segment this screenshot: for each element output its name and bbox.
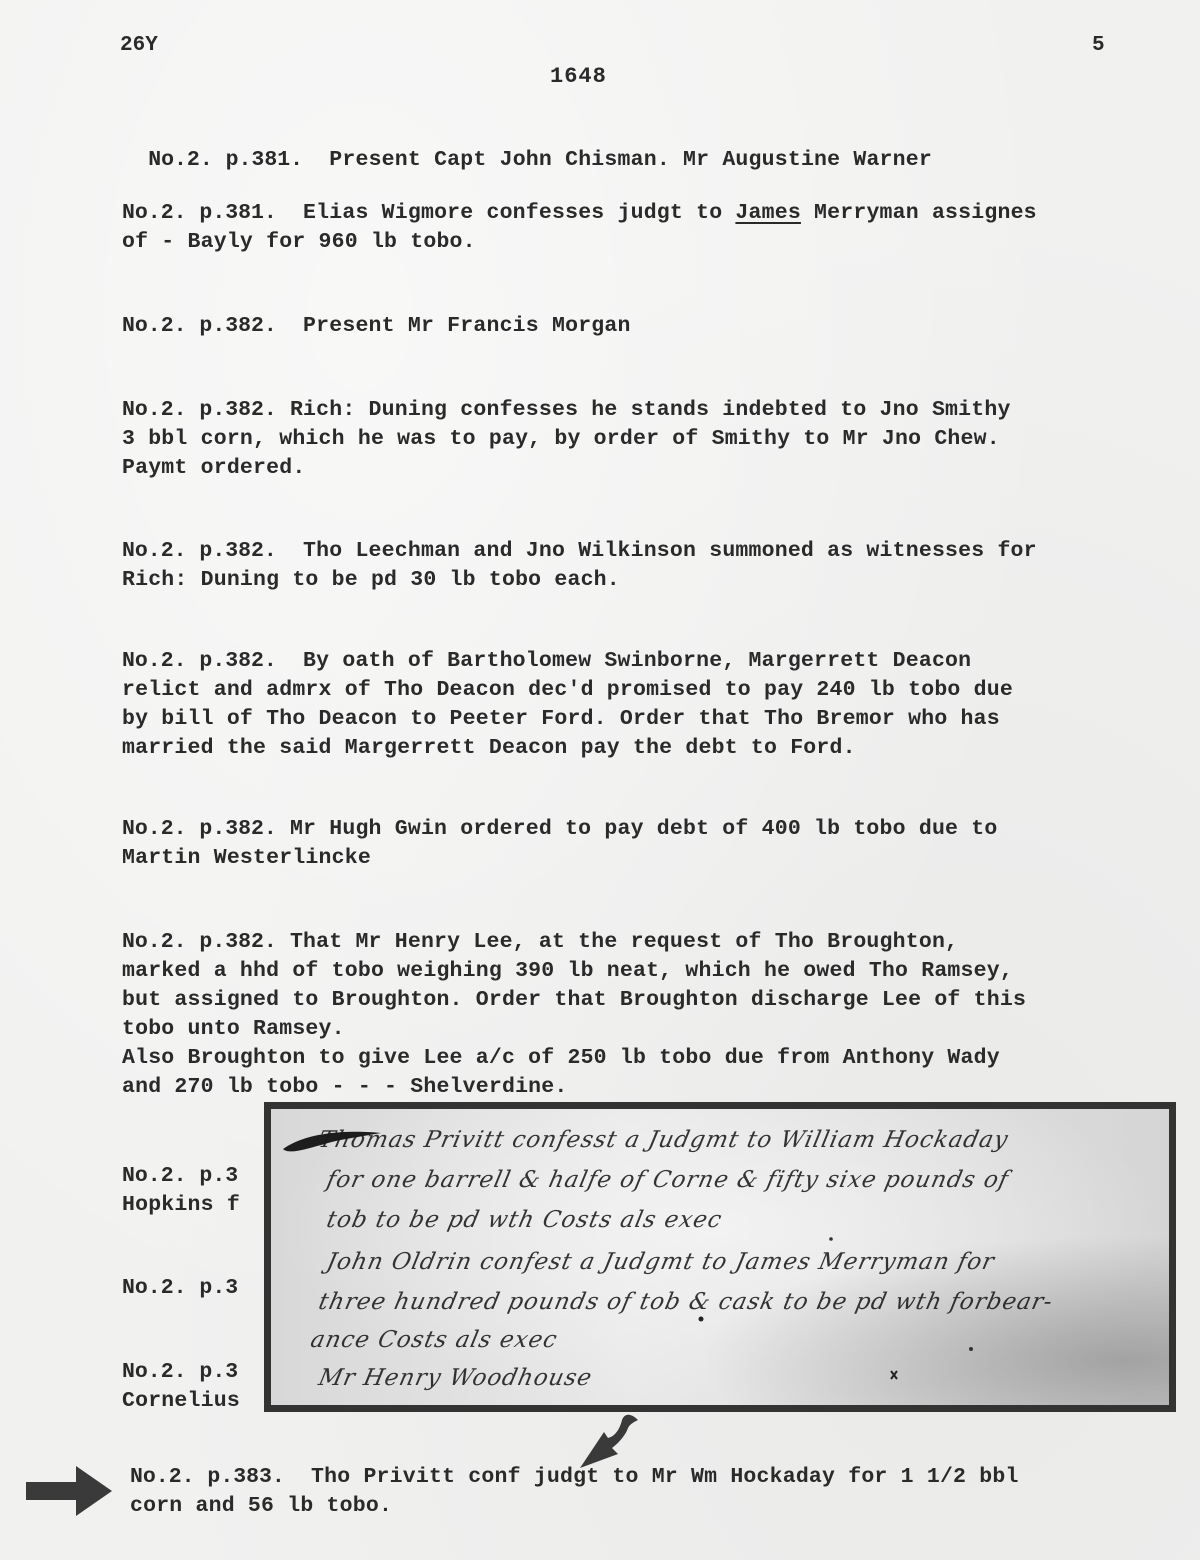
record-entry: No.2. p.382. Tho Leechman and Jno Wilkin… bbox=[122, 537, 1172, 595]
manuscript-line: for one barrell & halfe of Corne & fifty… bbox=[324, 1167, 1170, 1193]
entry-text: 3 bbl corn, which he was to pay, by orde… bbox=[122, 427, 1000, 451]
manuscript-line: ance Costs als exec bbox=[308, 1327, 1154, 1353]
manuscript-inset-image: Thomas Privitt confesst a Judgmt to Will… bbox=[264, 1102, 1176, 1412]
manuscript-line: tob to be pd wth Costs als exec bbox=[324, 1207, 1170, 1233]
year-heading: 1648 bbox=[550, 64, 607, 89]
entry-text: Mr Hugh Gwin ordered to pay debt of 400 … bbox=[290, 817, 998, 841]
record-entry: No.2. p.382. Present Mr Francis Morgan bbox=[122, 312, 1172, 341]
entry-reference: No.2. p.382. bbox=[122, 314, 277, 338]
record-entry: No.2. p.381. Present Capt John Chisman. … bbox=[122, 117, 1172, 175]
entry-text: Tho Leechman and Jno Wilkinson summoned … bbox=[303, 539, 1037, 563]
manuscript-line: John Oldrin confest a Judgmt to James Me… bbox=[324, 1249, 1170, 1275]
record-entry: No.2. p.382. Mr Hugh Gwin ordered to pay… bbox=[122, 815, 1172, 873]
entry-text: Elias Wigmore confesses judgt to bbox=[303, 201, 735, 225]
page-number: 5 bbox=[1092, 34, 1105, 57]
record-entry-highlighted: No.2. p.383. Tho Privitt conf judgt to M… bbox=[130, 1463, 1180, 1521]
entry-text: Paymt ordered. bbox=[122, 456, 305, 480]
entry-text: Also Broughton to give Lee a/c of 250 lb… bbox=[122, 1046, 1000, 1070]
entry-text: by bill of Tho Deacon to Peeter Ford. Or… bbox=[122, 707, 1000, 731]
entry-text: Present Capt John Chisman. Mr Augustine … bbox=[329, 148, 932, 172]
entry-text: marked a hhd of tobo weighing 390 lb nea… bbox=[122, 959, 1013, 983]
entry-reference: No.2. p.382. bbox=[122, 930, 277, 954]
record-entry: No.2. p.381. Elias Wigmore confesses jud… bbox=[122, 199, 1172, 257]
entry-reference: No.2. p.382. bbox=[122, 398, 277, 422]
entry-text: Rich: Duning to be pd 30 lb tobo each. bbox=[122, 568, 620, 592]
entry-text: Hopkins f bbox=[122, 1193, 240, 1217]
entry-text: Present Mr Francis Morgan bbox=[303, 314, 631, 338]
entry-text: Tho Privitt conf judgt to Mr Wm Hockaday… bbox=[311, 1465, 1019, 1489]
entry-text: and 270 lb tobo - - - Shelverdine. bbox=[122, 1075, 567, 1099]
record-entry: No.2. p.382. By oath of Bartholomew Swin… bbox=[122, 647, 1172, 763]
entry-reference: No.2. p.3 bbox=[122, 1276, 238, 1300]
entry-reference: No.2. p.381. bbox=[122, 201, 277, 225]
record-entry: No.2. p.382. That Mr Henry Lee, at the r… bbox=[122, 928, 1172, 1102]
entry-text: relict and admrx of Tho Deacon dec'd pro… bbox=[122, 678, 1013, 702]
entry-text: Rich: Duning confesses he stands indebte… bbox=[290, 398, 1011, 422]
right-arrow-icon bbox=[26, 1466, 112, 1516]
entry-text: of - Bayly for 960 lb tobo. bbox=[122, 230, 476, 254]
entry-text: Martin Westerlincke bbox=[122, 846, 371, 870]
manuscript-line: Mr Henry Woodhouse bbox=[316, 1365, 1162, 1391]
entry-reference: No.2. p.381. bbox=[148, 148, 303, 172]
entry-reference: No.2. p.3 bbox=[122, 1164, 238, 1188]
entry-text: Cornelius bbox=[122, 1389, 240, 1413]
entry-text: By oath of Bartholomew Swinborne, Marger… bbox=[303, 649, 971, 673]
entry-reference: No.2. p.382. bbox=[122, 817, 277, 841]
entry-text: but assigned to Broughton. Order that Br… bbox=[122, 988, 1026, 1012]
record-entry: No.2. p.382. Rich: Duning confesses he s… bbox=[122, 396, 1172, 483]
entry-reference: No.2. p.3 bbox=[122, 1360, 238, 1384]
underlined-name: James bbox=[735, 201, 801, 225]
curved-arrow-icon bbox=[574, 1410, 644, 1472]
entry-text: corn and 56 lb tobo. bbox=[130, 1494, 392, 1518]
entry-reference: No.2. p.383. bbox=[130, 1465, 285, 1489]
manuscript-line: three hundred pounds of tob & cask to be… bbox=[316, 1289, 1162, 1315]
entry-text: That Mr Henry Lee, at the request of Tho… bbox=[290, 930, 958, 954]
document-code: 26Y bbox=[120, 34, 158, 57]
entry-text: Merryman assignes bbox=[801, 201, 1037, 225]
entry-reference: No.2. p.382. bbox=[122, 539, 277, 563]
manuscript-line: Thomas Privitt confesst a Judgmt to Will… bbox=[316, 1127, 1162, 1153]
entry-reference: No.2. p.382. bbox=[122, 649, 277, 673]
entry-text: tobo unto Ramsey. bbox=[122, 1017, 345, 1041]
entry-text: married the said Margerrett Deacon pay t… bbox=[122, 736, 856, 760]
